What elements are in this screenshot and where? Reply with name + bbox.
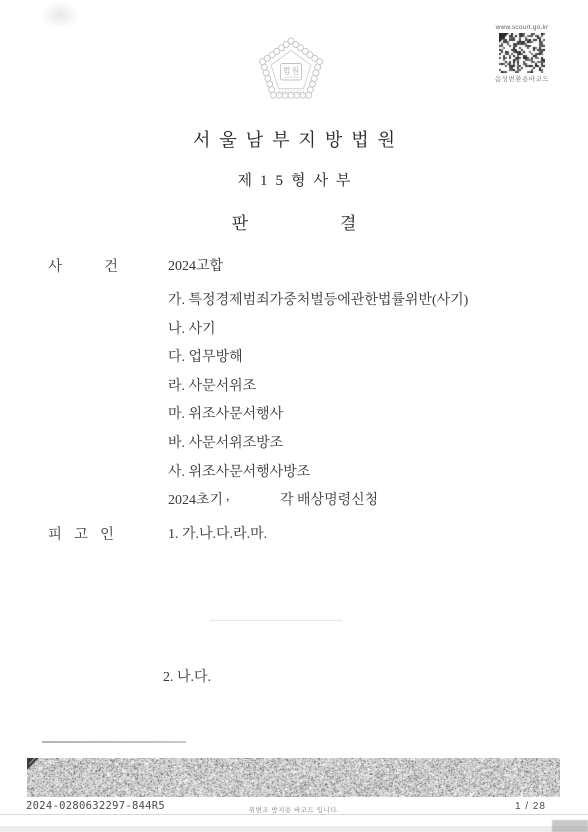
defendant-entry-2: 2. 나.다. <box>163 666 211 686</box>
charge-item: 마. 위조사문서행사 <box>168 403 283 423</box>
anti-forgery-barcode <box>27 758 560 797</box>
scan-edge-line <box>0 814 588 815</box>
scan-corner-artifact <box>552 820 588 832</box>
document-title-left: 판 <box>232 209 248 234</box>
redaction-artifact-line <box>42 741 186 743</box>
defendant-label: 피 고 인 <box>48 523 114 544</box>
charge-item: 바. 사문서위조방조 <box>168 432 283 452</box>
case-label-char: 건 <box>104 255 118 276</box>
scan-smudge <box>40 2 80 28</box>
scanned-judgment-page: www.scourt.go.kr 음성변환용바코드 법원 서울남부지방법원 제1… <box>0 0 588 832</box>
claim-text: 각 배상명령신청 <box>280 489 378 509</box>
defendant-label-char: 고 <box>74 523 88 544</box>
charge-item: 나. 사기 <box>168 318 216 338</box>
charge-item: 가. 특정경제범죄가중처벌등에관한법률위반(사기) <box>168 289 468 309</box>
charge-item: 라. 사문서위조 <box>168 375 256 395</box>
claim-comma: , <box>226 489 230 505</box>
qr-block: www.scourt.go.kr 음성변환용바코드 <box>494 24 550 83</box>
document-title: 판 결 <box>0 209 588 234</box>
defendant-label-char: 인 <box>100 523 114 544</box>
charge-item: 다. 업무방해 <box>168 346 243 366</box>
court-seal-icon: 법원 <box>256 34 328 108</box>
case-label: 사 건 <box>48 255 118 276</box>
redaction-artifact-line <box>210 620 342 621</box>
court-name-title: 서울남부지방법원 <box>0 126 588 152</box>
document-title-right: 결 <box>340 209 356 234</box>
division-title: 제15형사부 <box>0 169 588 190</box>
scan-edge-strip <box>0 826 588 832</box>
page-number: 1 / 28 <box>480 801 546 812</box>
qr-code-icon <box>499 33 545 73</box>
defendant-entry-1: 1. 가.나.다.라.마. <box>168 523 267 543</box>
defendant-label-char: 피 <box>48 523 62 544</box>
case-label-char: 사 <box>48 255 62 276</box>
charge-item: 사. 위조사문서행사방조 <box>168 461 310 481</box>
court-website-url: www.scourt.go.kr <box>494 24 550 31</box>
case-number: 2024고합 <box>168 255 223 275</box>
seal-text: 법원 <box>283 66 300 76</box>
qr-caption: 음성변환용바코드 <box>494 74 550 83</box>
claim-case-number: 2024초기 <box>168 489 223 509</box>
